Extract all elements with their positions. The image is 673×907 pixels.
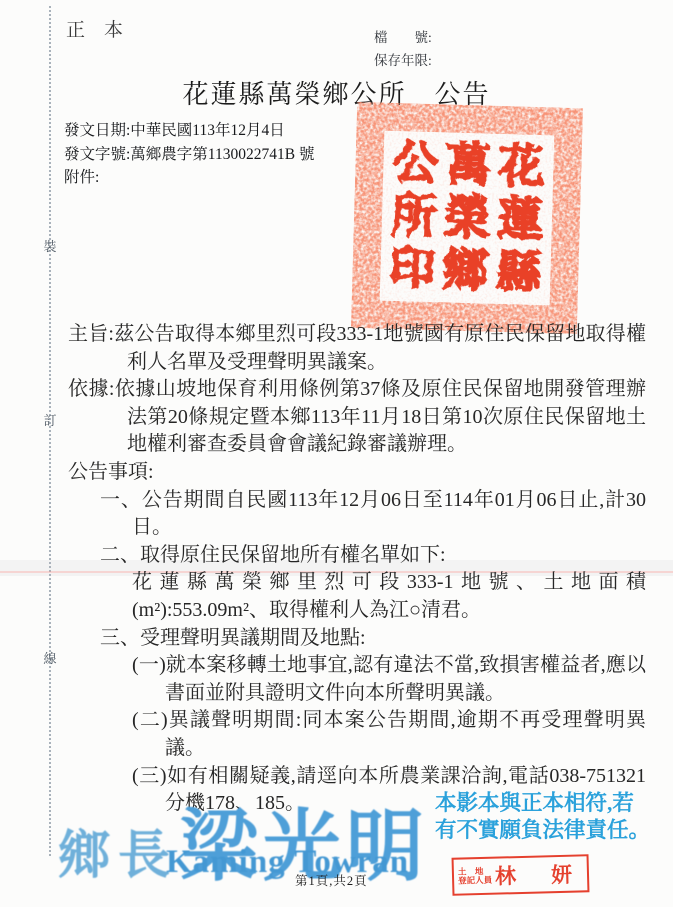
mayor-title: 鄉長	[58, 813, 178, 888]
seal-characters: 花 蓮 縣 萬 榮 鄉 公 所 印	[389, 138, 545, 298]
item-number: 一、	[100, 489, 142, 511]
mayor-signature-stamp: 鄉長 梁光明 Kaming Towran	[58, 784, 429, 896]
announcement-item-3: 三、受理聲明異議期間及地點:	[68, 625, 646, 653]
sub-item-number: (一)	[132, 654, 166, 676]
seal-char: 蓮	[497, 194, 543, 245]
copy-type-label: 正 本	[66, 15, 123, 42]
subject-text: 茲公告取得本鄉里烈可段333-1地號國有原住民保留地取得權利人名單及受理聲明異議…	[114, 323, 646, 373]
binding-mark-zhuang: 裝	[41, 236, 59, 255]
item-3-sub-1: (一)就本案移轉土地事宜,認有違法不當,致損害權益者,應以書面並附具證明文件向本…	[68, 652, 646, 707]
sub-item-text: 異議聲明期間:同本案公告期間,逾期不再受理聲明異議。	[165, 709, 646, 759]
issue-date-line: 發文日期:中華民國113年12月4日	[64, 119, 314, 143]
document-body: 主旨:茲公告取得本鄉里烈可段333-1地號國有原住民保留地取得權利人名單及受理聲…	[68, 321, 646, 818]
mayor-romanized-name: Kaming Towran	[166, 844, 409, 881]
page-number-footer: 第1頁,共2頁	[295, 871, 368, 889]
registrar-name: 林 妍	[495, 858, 580, 890]
seal-char: 印	[389, 244, 435, 295]
document-meta: 發文日期:中華民國113年12月4日 發文字號:萬鄉農字第1130022741B…	[64, 119, 314, 190]
item-text: 受理聲明異議期間及地點:	[140, 627, 366, 649]
attachment-line: 附件:	[64, 166, 314, 190]
certification-line-1: 本影本與正本相符,若	[435, 790, 650, 817]
seal-char: 公	[392, 138, 438, 189]
binding-mark-ding: 訂	[41, 410, 59, 429]
registrar-role-line-2: 登記人員	[458, 876, 492, 886]
copy-certification-note: 本影本與正本相符,若 有不實願負法律責任。	[435, 790, 650, 844]
seal-char: 榮	[444, 192, 490, 243]
item-number: 三、	[100, 627, 140, 649]
file-number-label: 檔 號:	[374, 26, 432, 46]
announcement-item-2: 二、取得原住民保留地所有權名單如下:	[68, 542, 646, 570]
certification-line-2: 有不實願負法律責任。	[435, 817, 650, 844]
item-number: 二、	[100, 544, 140, 566]
announcement-item-1: 一、公告期間自民國113年12月06日至114年01月06日止,計30日。	[68, 487, 646, 542]
doc-number-line: 發文字號:萬鄉農字第1130022741B 號	[64, 143, 314, 167]
document-title: 花蓮縣萬榮鄉公所 公告	[0, 74, 673, 111]
seal-char: 所	[391, 191, 437, 242]
basis-paragraph: 依據:依據山坡地保育利用條例第37條及原住民保留地開發管理辦法第20條規定暨本鄉…	[68, 376, 646, 459]
item-2-detail: 花蓮縣萬榮鄉里烈可段333-1地號、土地面積(m²):553.09m²、取得權利…	[68, 569, 646, 624]
registrar-stamp: 土 地 登記人員 林 妍	[452, 854, 590, 896]
seal-char: 縣	[495, 247, 542, 298]
basis-text: 依據山坡地保育利用條例第37條及原住民保留地開發管理辦法第20條規定暨本鄉113…	[114, 378, 646, 455]
binding-mark-xian: 線	[41, 648, 59, 667]
binding-dotted-line	[49, 6, 51, 856]
basis-label: 依據:	[68, 378, 114, 400]
announcement-document: 裝 訂 線 正 本 檔 號: 保存年限: 花蓮縣萬榮鄉公所 公告 發文日期:中華…	[0, 0, 673, 907]
seal-char: 花	[498, 141, 544, 192]
item-3-sub-2: (二)異議聲明期間:同本案公告期間,逾期不再受理聲明異議。	[68, 707, 646, 762]
official-seal: 花 蓮 縣 萬 榮 鄉 公 所 印	[351, 102, 583, 334]
seal-char: 鄉	[442, 245, 488, 296]
sub-item-number: (二)	[132, 709, 168, 731]
retention-period-label: 保存年限:	[374, 49, 432, 69]
items-heading: 公告事項:	[68, 459, 646, 487]
seal-char: 萬	[445, 139, 491, 190]
item-text: 取得原住民保留地所有權名單如下:	[140, 544, 446, 566]
subject-label: 主旨:	[68, 323, 114, 345]
item-text: 公告期間自民國113年12月06日至114年01月06日止,計30日。	[132, 489, 646, 539]
registrar-role: 土 地 登記人員	[458, 866, 493, 886]
sub-item-text: 就本案移轉土地事宜,認有違法不當,致損害權益者,應以書面並附具證明文件向本所聲明…	[165, 654, 646, 704]
subject-paragraph: 主旨:茲公告取得本鄉里烈可段333-1地號國有原住民保留地取得權利人名單及受理聲…	[68, 321, 646, 376]
